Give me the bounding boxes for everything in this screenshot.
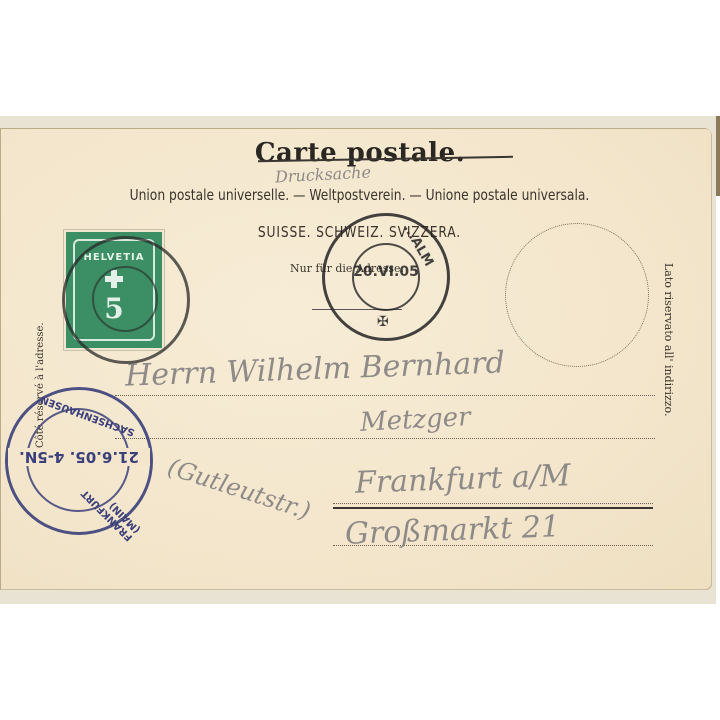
stamp-placeholder-circle	[505, 223, 649, 367]
address-underline	[333, 507, 653, 509]
postmark-cross-icon: ✠	[377, 314, 389, 330]
frankfurt-postmark: 21.6.05. 4-5N. FRANKFURT (MAIN) SACHSENH…	[5, 387, 153, 535]
address-line-3	[333, 503, 653, 504]
stamp-cancel-inner	[92, 266, 158, 332]
side-label-right: Lato riservato all' indirizzo.	[662, 263, 675, 416]
handwritten-street: Großmarkt 21	[344, 509, 560, 551]
swiss-postmark-date: 20.VI.05	[325, 264, 447, 280]
handwritten-line2: Metzger	[359, 402, 471, 438]
union-line: Union postale universelle. — Weltpostver…	[64, 186, 654, 204]
address-line-2	[115, 438, 655, 439]
address-line-1	[115, 395, 655, 396]
swiss-postmark: 20.VI.05 ...ALM ✠	[322, 213, 450, 341]
